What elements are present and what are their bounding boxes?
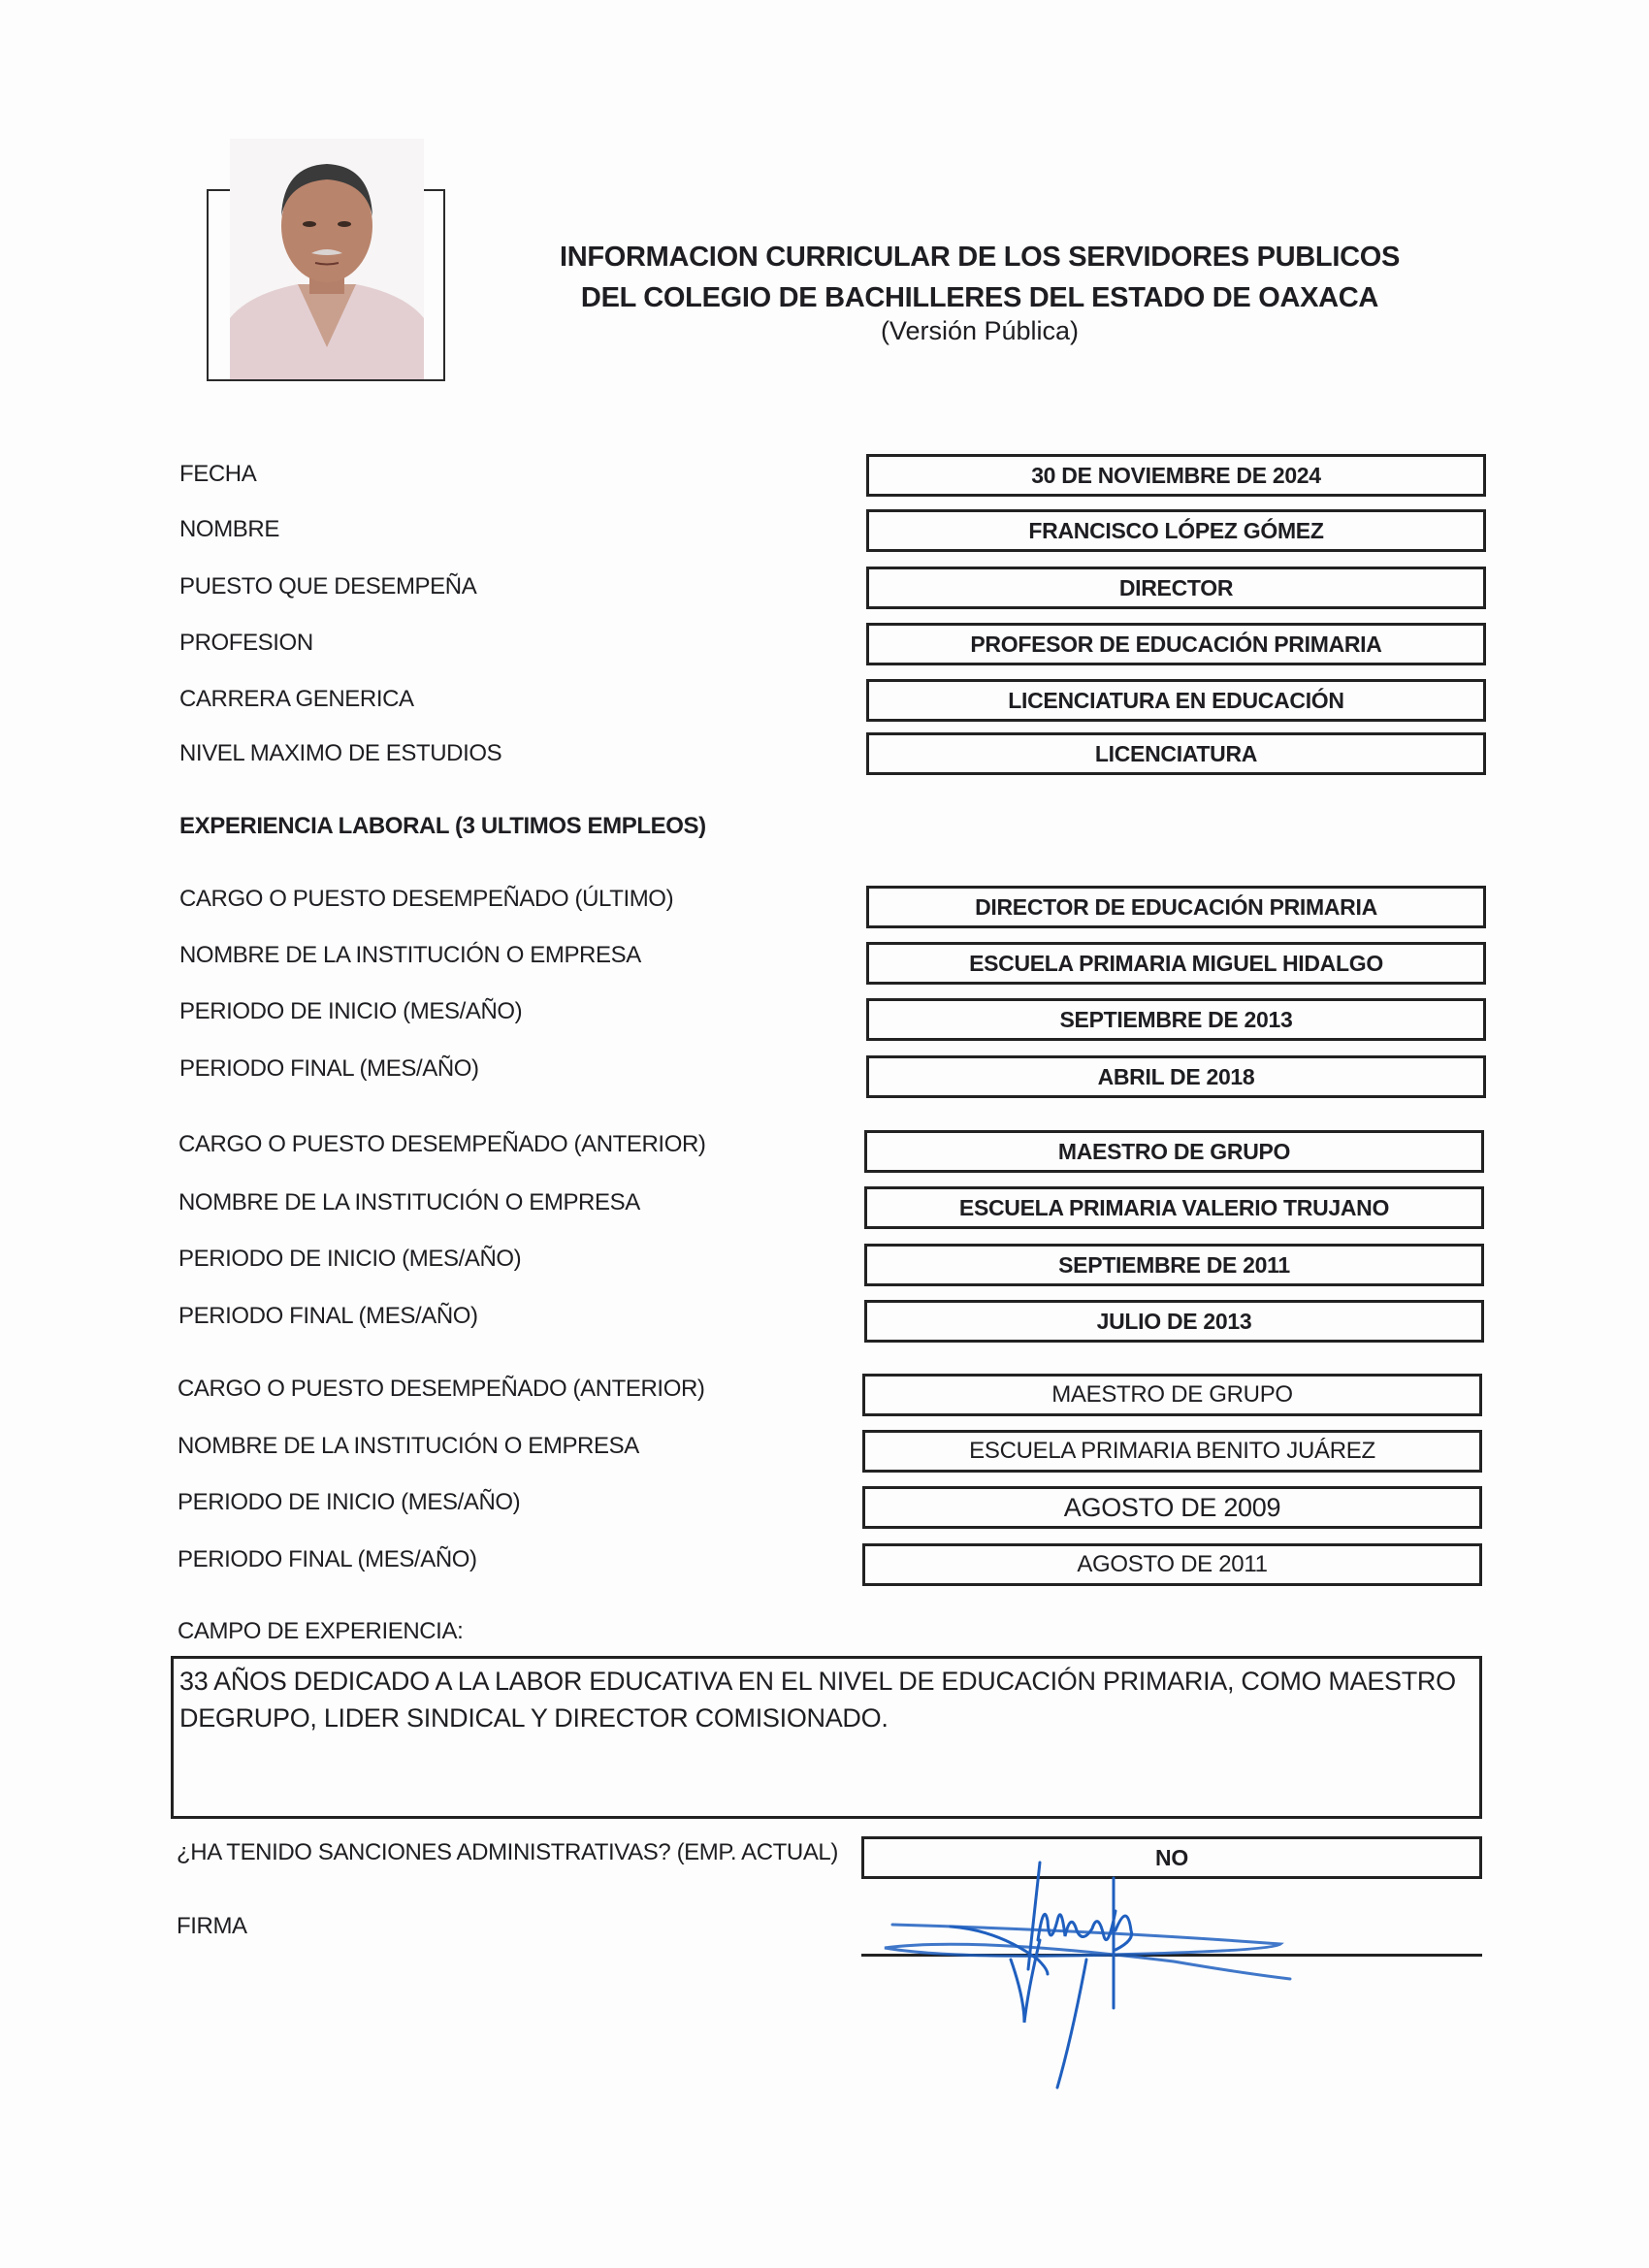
experience-label: PERIODO FINAL (MES/AÑO) [178,1303,478,1330]
field-label: PROFESION [179,630,313,657]
experience-value[interactable]: SEPTIEMBRE DE 2011 [864,1244,1484,1286]
experience-label: PERIODO FINAL (MES/AÑO) [178,1546,477,1573]
experience-label: PERIODO DE INICIO (MES/AÑO) [178,1246,521,1273]
field-label: CARRERA GENERICA [179,686,414,713]
title-line-1: INFORMACION CURRICULAR DE LOS SERVIDORES… [543,237,1416,277]
field-value[interactable]: 30 DE NOVIEMBRE DE 2024 [866,454,1486,497]
experience-label: CARGO O PUESTO DESEMPEÑADO (ANTERIOR) [178,1376,705,1403]
field-value[interactable]: FRANCISCO LÓPEZ GÓMEZ [866,509,1486,552]
experience-value[interactable]: MAESTRO DE GRUPO [864,1130,1484,1173]
field-label: NIVEL MAXIMO DE ESTUDIOS [179,740,501,767]
experience-value[interactable]: ESCUELA PRIMARIA BENITO JUÁREZ [862,1430,1482,1473]
campo-text-field[interactable]: 33 AÑOS DEDICADO A LA LABOR EDUCATIVA EN… [171,1656,1482,1819]
experience-value[interactable]: SEPTIEMBRE DE 2013 [866,998,1486,1041]
experience-label: PERIODO DE INICIO (MES/AÑO) [178,1489,520,1516]
document-title: INFORMACION CURRICULAR DE LOS SERVIDORES… [543,237,1416,318]
experience-label: PERIODO DE INICIO (MES/AÑO) [179,998,522,1025]
experience-label: CARGO O PUESTO DESEMPEÑADO (ANTERIOR) [178,1131,706,1158]
field-value[interactable]: LICENCIATURA EN EDUCACIÓN [866,679,1486,722]
field-label: NOMBRE [179,516,279,543]
experience-value[interactable]: AGOSTO DE 2011 [862,1543,1482,1586]
experience-value[interactable]: ESCUELA PRIMARIA VALERIO TRUJANO [864,1186,1484,1229]
experience-label: NOMBRE DE LA INSTITUCIÓN O EMPRESA [179,942,641,969]
sanciones-label: ¿HA TENIDO SANCIONES ADMINISTRATIVAS? (E… [177,1839,838,1866]
experience-value[interactable]: MAESTRO DE GRUPO [862,1374,1482,1416]
campo-label: CAMPO DE EXPERIENCIA: [178,1618,463,1645]
field-label: PUESTO QUE DESEMPEÑA [179,573,476,600]
experience-value[interactable]: DIRECTOR DE EDUCACIÓN PRIMARIA [866,886,1486,928]
experience-heading: EXPERIENCIA LABORAL (3 ULTIMOS EMPLEOS) [179,813,706,840]
portrait-photo [230,139,424,379]
experience-label: CARGO O PUESTO DESEMPEÑADO (ÚLTIMO) [179,886,673,913]
firma-label: FIRMA [177,1913,247,1940]
title-line-2: DEL COLEGIO DE BACHILLERES DEL ESTADO DE… [543,277,1416,318]
experience-value[interactable]: ESCUELA PRIMARIA MIGUEL HIDALGO [866,942,1486,985]
field-value[interactable]: DIRECTOR [866,567,1486,609]
field-value[interactable]: LICENCIATURA [866,732,1486,775]
experience-value[interactable]: ABRIL DE 2018 [866,1055,1486,1098]
experience-label: PERIODO FINAL (MES/AÑO) [179,1055,479,1083]
experience-label: NOMBRE DE LA INSTITUCIÓN O EMPRESA [178,1433,639,1460]
experience-label: NOMBRE DE LA INSTITUCIÓN O EMPRESA [178,1189,640,1216]
document-subtitle: (Versión Pública) [543,316,1416,346]
field-value[interactable]: PROFESOR DE EDUCACIÓN PRIMARIA [866,623,1486,665]
field-label: FECHA [179,461,256,488]
signature [854,1843,1377,2095]
experience-value[interactable]: JULIO DE 2013 [864,1300,1484,1343]
experience-value[interactable]: AGOSTO DE 2009 [862,1486,1482,1529]
